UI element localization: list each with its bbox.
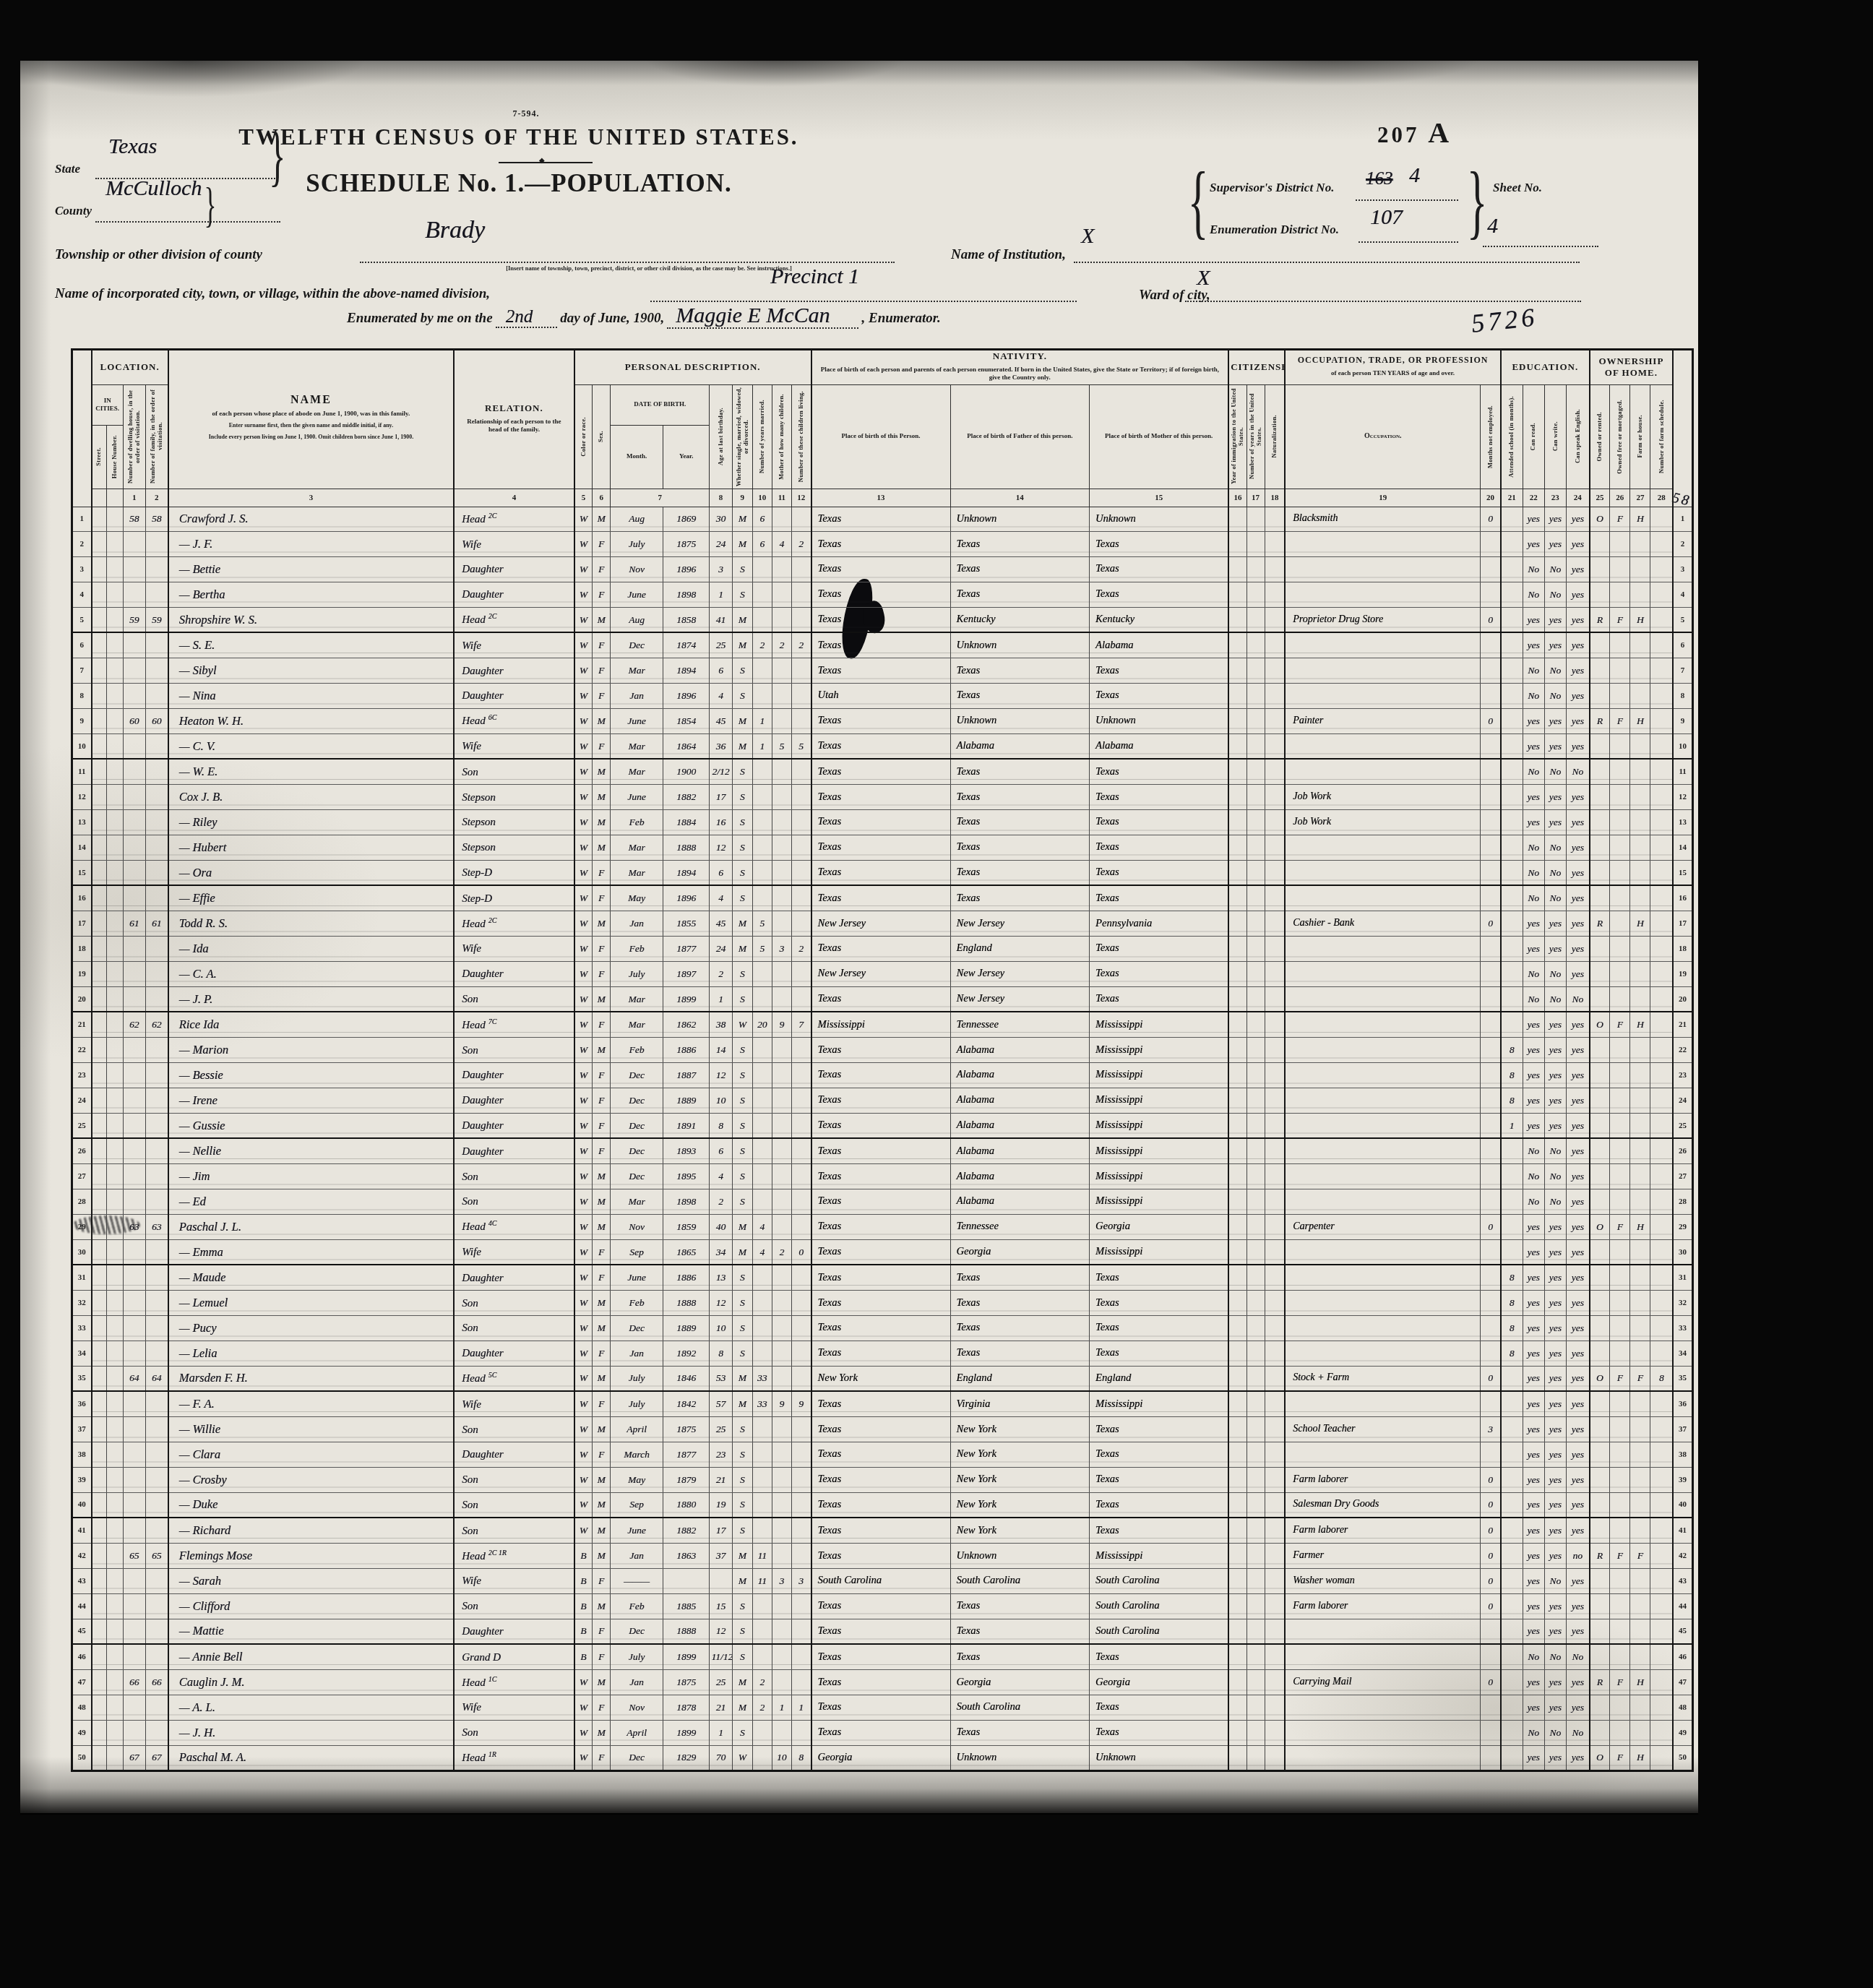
line-number-left: 45 [72,1619,92,1644]
cell-owned-rented: R [1590,1544,1610,1569]
col-house-number: House Number. [106,425,123,489]
cell-birth-year: 1886 [663,1265,710,1290]
cell-farm-or-house: H [1630,1745,1650,1771]
line-number-right: 32 [1673,1291,1692,1316]
line-number-right: 6 [1673,632,1692,658]
cell-attended-school [1501,1417,1523,1442]
cell-pob-person: New York [811,1366,951,1391]
cell-attended-school [1501,1138,1523,1163]
cell-children-living [791,1265,811,1290]
cell-house-number [106,1518,123,1543]
line-number-right: 45 [1673,1619,1692,1644]
cell-naturalization [1265,632,1285,658]
line-number-left: 27 [72,1164,92,1189]
cell-months-not-employed: 0 [1481,1518,1501,1543]
line-number-left: 3 [72,557,92,582]
cell-naturalization [1265,1442,1285,1467]
cell-house-number [106,607,123,632]
cell-immigration-year [1228,582,1246,607]
cell-years-in-us [1246,1695,1265,1720]
cell-owned-rented: O [1590,1366,1610,1391]
cell-immigration-year [1228,1518,1246,1543]
cell-occupation: Job Work [1285,785,1481,810]
cell-street [92,1291,107,1316]
cell-color-race: W [574,1695,593,1720]
cell-dwelling-number [123,835,145,860]
group-name: NAME of each person whose place of abode… [168,350,454,489]
group-relation: RELATION. Relationship of each person to… [454,350,574,489]
cell-farm-or-house [1630,684,1650,709]
cell-color-race: W [574,1341,593,1366]
cell-naturalization [1265,507,1285,532]
supervisor-struck: 163 [1366,169,1393,189]
cell-birth-month: Sep [611,1492,663,1518]
cell-farm-or-house: H [1630,1670,1650,1695]
cell-free-mortgaged [1610,684,1630,709]
cell-age: 6 [710,860,732,885]
cell-can-write: yes [1544,1670,1566,1695]
cell-attended-school [1501,684,1523,709]
cell-pob-father: Texas [950,1644,1090,1669]
cell-pob-father: New Jersey [950,961,1090,986]
cell-farm-or-house [1630,1442,1650,1467]
cell-naturalization [1265,1492,1285,1518]
cell-years-married [752,1593,772,1619]
cell-birth-year: 1863 [663,1544,710,1569]
cell-can-write: yes [1544,1619,1566,1644]
cell-dwelling-number [123,1291,145,1316]
district-brace-close: } [1467,160,1488,243]
cell-months-not-employed [1481,860,1501,885]
cell-occupation: Farmer [1285,1544,1481,1569]
cell-marital-status: S [732,1164,752,1189]
cell-attended-school [1501,708,1523,733]
cell-pob-mother: South Carolina [1090,1619,1229,1644]
cell-color-race: W [574,986,593,1012]
table-row: 23 — Bessie Daughter W F Dec 1887 12 S T… [72,1063,1693,1088]
cell-pob-person: Texas [811,658,951,684]
cell-relation: Daughter [454,961,574,986]
cell-months-not-employed [1481,1088,1501,1113]
cell-relation: Wife [454,937,574,962]
cell-sex: M [593,1214,611,1239]
cell-can-speak-english: no [1566,1544,1589,1569]
cell-family-number [145,733,168,759]
cell-age: 1 [710,582,732,607]
cell-mother-of-children [772,810,791,835]
cell-years-in-us [1246,1391,1265,1416]
line-number-right: 38 [1673,1442,1692,1467]
cell-farm-or-house [1630,1720,1650,1745]
cell-farm-schedule [1650,961,1673,986]
cell-can-read: No [1523,582,1544,607]
cell-name: — Bessie [168,1063,454,1088]
cell-children-living [791,1720,811,1745]
table-row: 34 — Lelia Daughter W F Jan 1892 8 S Tex… [72,1341,1693,1366]
cell-family-number [145,1291,168,1316]
cell-years-in-us [1246,1670,1265,1695]
cell-months-not-employed: 0 [1481,1568,1501,1593]
cell-can-speak-english: yes [1566,658,1589,684]
cell-birth-month: July [611,1391,663,1416]
cell-years-in-us [1246,810,1265,835]
cell-free-mortgaged: F [1610,1544,1630,1569]
cell-birth-month: Jan [611,684,663,709]
cell-can-speak-english: yes [1566,1366,1589,1391]
cell-house-number [106,1138,123,1163]
cell-pob-mother: Texas [1090,885,1229,911]
cell-birth-month: Jan [611,911,663,937]
col-dwelling-number: Number of dwelling house, in the order o… [123,384,145,489]
cell-can-write: No [1544,759,1566,784]
cell-sex: M [593,1164,611,1189]
cell-dwelling-number [123,1518,145,1543]
table-row: 37 — Willie Son W M April 1875 25 S Texa… [72,1417,1693,1442]
line-number-left: 26 [72,1138,92,1163]
cell-can-read: yes [1523,1113,1544,1138]
cell-months-not-employed [1481,684,1501,709]
cell-house-number [106,1442,123,1467]
cell-can-write: yes [1544,1291,1566,1316]
cell-color-race: W [574,1467,593,1492]
cell-dwelling-number [123,1695,145,1720]
cell-can-speak-english: No [1566,759,1589,784]
cell-pob-father: Texas [950,582,1090,607]
cell-years-married: 5 [752,911,772,937]
cell-relation: Son [454,1720,574,1745]
relation-note: 4C [488,1220,497,1228]
enumerated-date-label: day of June, 1900, [560,311,664,326]
cell-name: — Emma [168,1239,454,1265]
cell-age: 8 [710,1113,732,1138]
cell-name: — Bertha [168,582,454,607]
table-row: 44 — Clifford Son B M Feb 1885 15 S Texa… [72,1593,1693,1619]
line-number-left: 40 [72,1492,92,1518]
cell-years-married: 2 [752,632,772,658]
cell-relation: Head2C [454,607,574,632]
cell-farm-or-house [1630,1239,1650,1265]
table-row: 29 63 63 Paschal J. L. Head4C W M Nov 18… [72,1214,1693,1239]
group-citizenship: CITIZENSHIP. [1228,350,1285,385]
cell-children-living [791,986,811,1012]
cell-pob-mother: Texas [1090,1316,1229,1341]
cell-months-not-employed [1481,1113,1501,1138]
cell-naturalization [1265,1265,1285,1290]
cell-pob-mother: Unknown [1090,507,1229,532]
cell-dwelling-number: 59 [123,607,145,632]
cell-pob-mother: Texas [1090,1518,1229,1543]
cell-years-married [752,1619,772,1644]
cell-sex: M [593,1720,611,1745]
relation-title: RELATION. [456,403,572,414]
cell-birth-year: 1897 [663,961,710,986]
cell-can-speak-english: yes [1566,557,1589,582]
cell-family-number [145,986,168,1012]
cell-name: — W. E. [168,759,454,784]
line-number-left: 32 [72,1291,92,1316]
colnum-6: 6 [593,489,611,507]
cell-owned-rented [1590,759,1610,784]
cell-farm-or-house [1630,1316,1650,1341]
cell-name: Shropshire W. S. [168,607,454,632]
cell-months-not-employed [1481,733,1501,759]
cell-color-race: W [574,1745,593,1771]
cell-immigration-year [1228,1593,1246,1619]
cell-pob-mother: Texas [1090,1341,1229,1366]
cell-age: 21 [710,1695,732,1720]
cell-owned-rented: O [1590,1012,1610,1037]
cell-birth-month: July [611,532,663,557]
cell-can-write: No [1544,557,1566,582]
cell-naturalization [1265,810,1285,835]
cell-pob-mother: Texas [1090,582,1229,607]
cell-house-number [106,1012,123,1037]
cell-naturalization [1265,1291,1285,1316]
cell-owned-rented [1590,1644,1610,1669]
cell-pob-person: Texas [811,1316,951,1341]
cell-can-speak-english: yes [1566,1391,1589,1416]
cell-attended-school [1501,1619,1523,1644]
cell-marital-status: S [732,1644,752,1669]
cell-street [92,1214,107,1239]
cell-pob-mother: Texas [1090,986,1229,1012]
cell-farm-or-house [1630,810,1650,835]
relation-value: Daughter [462,1070,504,1081]
cell-name: — A. L. [168,1695,454,1720]
cell-naturalization [1265,937,1285,962]
colnum-19: 19 [1285,489,1481,507]
cell-can-speak-english: yes [1566,1239,1589,1265]
cell-immigration-year [1228,1442,1246,1467]
cell-marital-status: S [732,684,752,709]
cell-color-race: W [574,1214,593,1239]
cell-house-number [106,1745,123,1771]
cell-pob-person: Utah [811,684,951,709]
cell-birth-year: 1877 [663,937,710,962]
cell-age: 53 [710,1366,732,1391]
cell-birth-month: Dec [611,1113,663,1138]
cell-immigration-year [1228,986,1246,1012]
cell-relation: Head1C [454,1670,574,1695]
cell-farm-schedule [1650,1467,1673,1492]
line-number-left: 22 [72,1038,92,1063]
cell-color-race: W [574,1239,593,1265]
cell-years-married [752,835,772,860]
township-line [360,262,895,263]
cell-free-mortgaged [1610,835,1630,860]
cell-name: — Irene [168,1088,454,1113]
cell-mother-of-children [772,684,791,709]
cell-can-speak-english: yes [1566,1341,1589,1366]
table-row: 9 60 60 Heaton W. H. Head6C W M June 185… [72,708,1693,733]
cell-street [92,986,107,1012]
cell-months-not-employed [1481,986,1501,1012]
cell-birth-month: Aug [611,507,663,532]
cell-birth-month: Dec [611,1138,663,1163]
cell-farm-schedule [1650,1391,1673,1416]
cell-children-living [791,911,811,937]
city-label: Name of incorporated city, town, or vill… [55,286,490,302]
cell-can-write: yes [1544,632,1566,658]
cell-farm-or-house: H [1630,1214,1650,1239]
cell-farm-or-house: H [1630,708,1650,733]
relation-value: Daughter [462,1146,504,1158]
cell-occupation: Painter [1285,708,1481,733]
cell-years-in-us [1246,1164,1265,1189]
cell-owned-rented [1590,1038,1610,1063]
cell-can-speak-english: yes [1566,1088,1589,1113]
cell-attended-school [1501,632,1523,658]
cell-age: 30 [710,507,732,532]
cell-dwelling-number [123,1442,145,1467]
cell-pob-mother: Mississippi [1090,1391,1229,1416]
page-number: 207 A [1377,116,1452,150]
cell-relation: Wife [454,1391,574,1416]
colnum-4: 4 [454,489,574,507]
cell-age: 24 [710,532,732,557]
cell-color-race: W [574,507,593,532]
group-occupation: OCCUPATION, TRADE, OR PROFESSION of each… [1285,350,1501,385]
cell-years-married: 1 [752,708,772,733]
cell-can-speak-english: yes [1566,1518,1589,1543]
cell-house-number [106,582,123,607]
cell-birth-month: Feb [611,937,663,962]
cell-marital-status: S [732,1316,752,1341]
table-row: 18 — Ida Wife W F Feb 1877 24 M 5 3 2 Te… [72,937,1693,962]
cell-farm-or-house: H [1630,607,1650,632]
cell-street [92,911,107,937]
cell-children-living [791,1670,811,1695]
cell-pob-mother: Texas [1090,961,1229,986]
cell-dwelling-number [123,1720,145,1745]
table-row: 10 — C. V. Wife W F Mar 1864 36 M 1 5 5 … [72,733,1693,759]
cell-can-speak-english: yes [1566,1164,1589,1189]
cell-owned-rented [1590,658,1610,684]
cell-farm-or-house [1630,961,1650,986]
relation-note: 6C [488,714,497,722]
cell-mother-of-children: 3 [772,1568,791,1593]
cell-pob-person: Texas [811,1593,951,1619]
cell-birth-year: 1858 [663,607,710,632]
cell-house-number [106,1038,123,1063]
cell-free-mortgaged [1610,1265,1630,1290]
cell-house-number [106,961,123,986]
cell-mother-of-children [772,1720,791,1745]
cell-age: 34 [710,1239,732,1265]
cell-free-mortgaged [1610,632,1630,658]
cell-can-speak-english: yes [1566,1492,1589,1518]
cell-pob-person: Texas [811,860,951,885]
cell-relation: Head6C [454,708,574,733]
cell-years-married [752,1291,772,1316]
cell-free-mortgaged [1610,582,1630,607]
colnum-9: 9 [732,489,752,507]
cell-birth-year: 1842 [663,1391,710,1416]
cell-pob-father: Unknown [950,632,1090,658]
cell-years-in-us [1246,986,1265,1012]
cell-can-speak-english: yes [1566,1442,1589,1467]
col-free-mortgaged: Owned free or mortgaged. [1610,384,1630,489]
cell-farm-or-house: H [1630,1012,1650,1037]
cell-color-race: W [574,684,593,709]
cell-can-write: yes [1544,1088,1566,1113]
line-number-left: 10 [72,733,92,759]
cell-immigration-year [1228,937,1246,962]
column-number-row: 1 2 3 4 5 6 7 8 9 10 11 12 13 14 15 16 1… [72,489,1693,507]
cell-birth-year: 1894 [663,860,710,885]
cell-months-not-employed [1481,1720,1501,1745]
cell-street [92,658,107,684]
cell-can-read: yes [1523,1341,1544,1366]
cell-children-living [791,885,811,911]
cell-street [92,759,107,784]
cell-pob-person: Texas [811,532,951,557]
cell-sex: M [593,1417,611,1442]
cell-occupation: Carpenter [1285,1214,1481,1239]
cell-pob-father: New York [950,1417,1090,1442]
cell-free-mortgaged [1610,785,1630,810]
cell-age: 23 [710,1442,732,1467]
cell-years-in-us [1246,911,1265,937]
cell-years-married [752,961,772,986]
cell-occupation [1285,1239,1481,1265]
cell-naturalization [1265,1417,1285,1442]
cell-years-in-us [1246,1366,1265,1391]
cell-attended-school: 8 [1501,1038,1523,1063]
cell-owned-rented: O [1590,1745,1610,1771]
cell-years-married [752,1644,772,1669]
cell-family-number [145,785,168,810]
cell-free-mortgaged [1610,1239,1630,1265]
cell-mother-of-children [772,1518,791,1543]
cell-years-in-us [1246,1593,1265,1619]
cell-occupation: Blacksmith [1285,507,1481,532]
cell-attended-school: 8 [1501,1291,1523,1316]
cell-dwelling-number [123,658,145,684]
cell-sex: F [593,1568,611,1593]
cell-house-number [106,1366,123,1391]
cell-family-number: 64 [145,1366,168,1391]
cell-months-not-employed [1481,582,1501,607]
cell-free-mortgaged: F [1610,1214,1630,1239]
cell-attended-school [1501,785,1523,810]
cell-house-number [106,733,123,759]
cell-age: 10 [710,1316,732,1341]
cell-family-number [145,1341,168,1366]
township-label: Township or other division of county [55,247,262,263]
cell-family-number [145,658,168,684]
cell-can-speak-english: yes [1566,1745,1589,1771]
cell-can-speak-english: yes [1566,1593,1589,1619]
col-mother-of-children: Mother of how many children. [772,384,791,489]
line-number-right: 30 [1673,1239,1692,1265]
cell-pob-father: Texas [950,1265,1090,1290]
cell-name: — Maude [168,1265,454,1290]
cell-sex: F [593,1138,611,1163]
cell-naturalization [1265,1391,1285,1416]
cell-relation: Daughter [454,1265,574,1290]
colnum-8: 8 [710,489,732,507]
cell-attended-school [1501,1695,1523,1720]
cell-name: — Pucy [168,1316,454,1341]
cell-pob-mother: Georgia [1090,1670,1229,1695]
relation-value: Son [462,1322,478,1334]
cell-can-write: No [1544,1189,1566,1215]
cell-children-living [791,658,811,684]
cell-sex: F [593,684,611,709]
cell-can-speak-english: No [1566,1644,1589,1669]
line-number-right: 16 [1673,885,1692,911]
